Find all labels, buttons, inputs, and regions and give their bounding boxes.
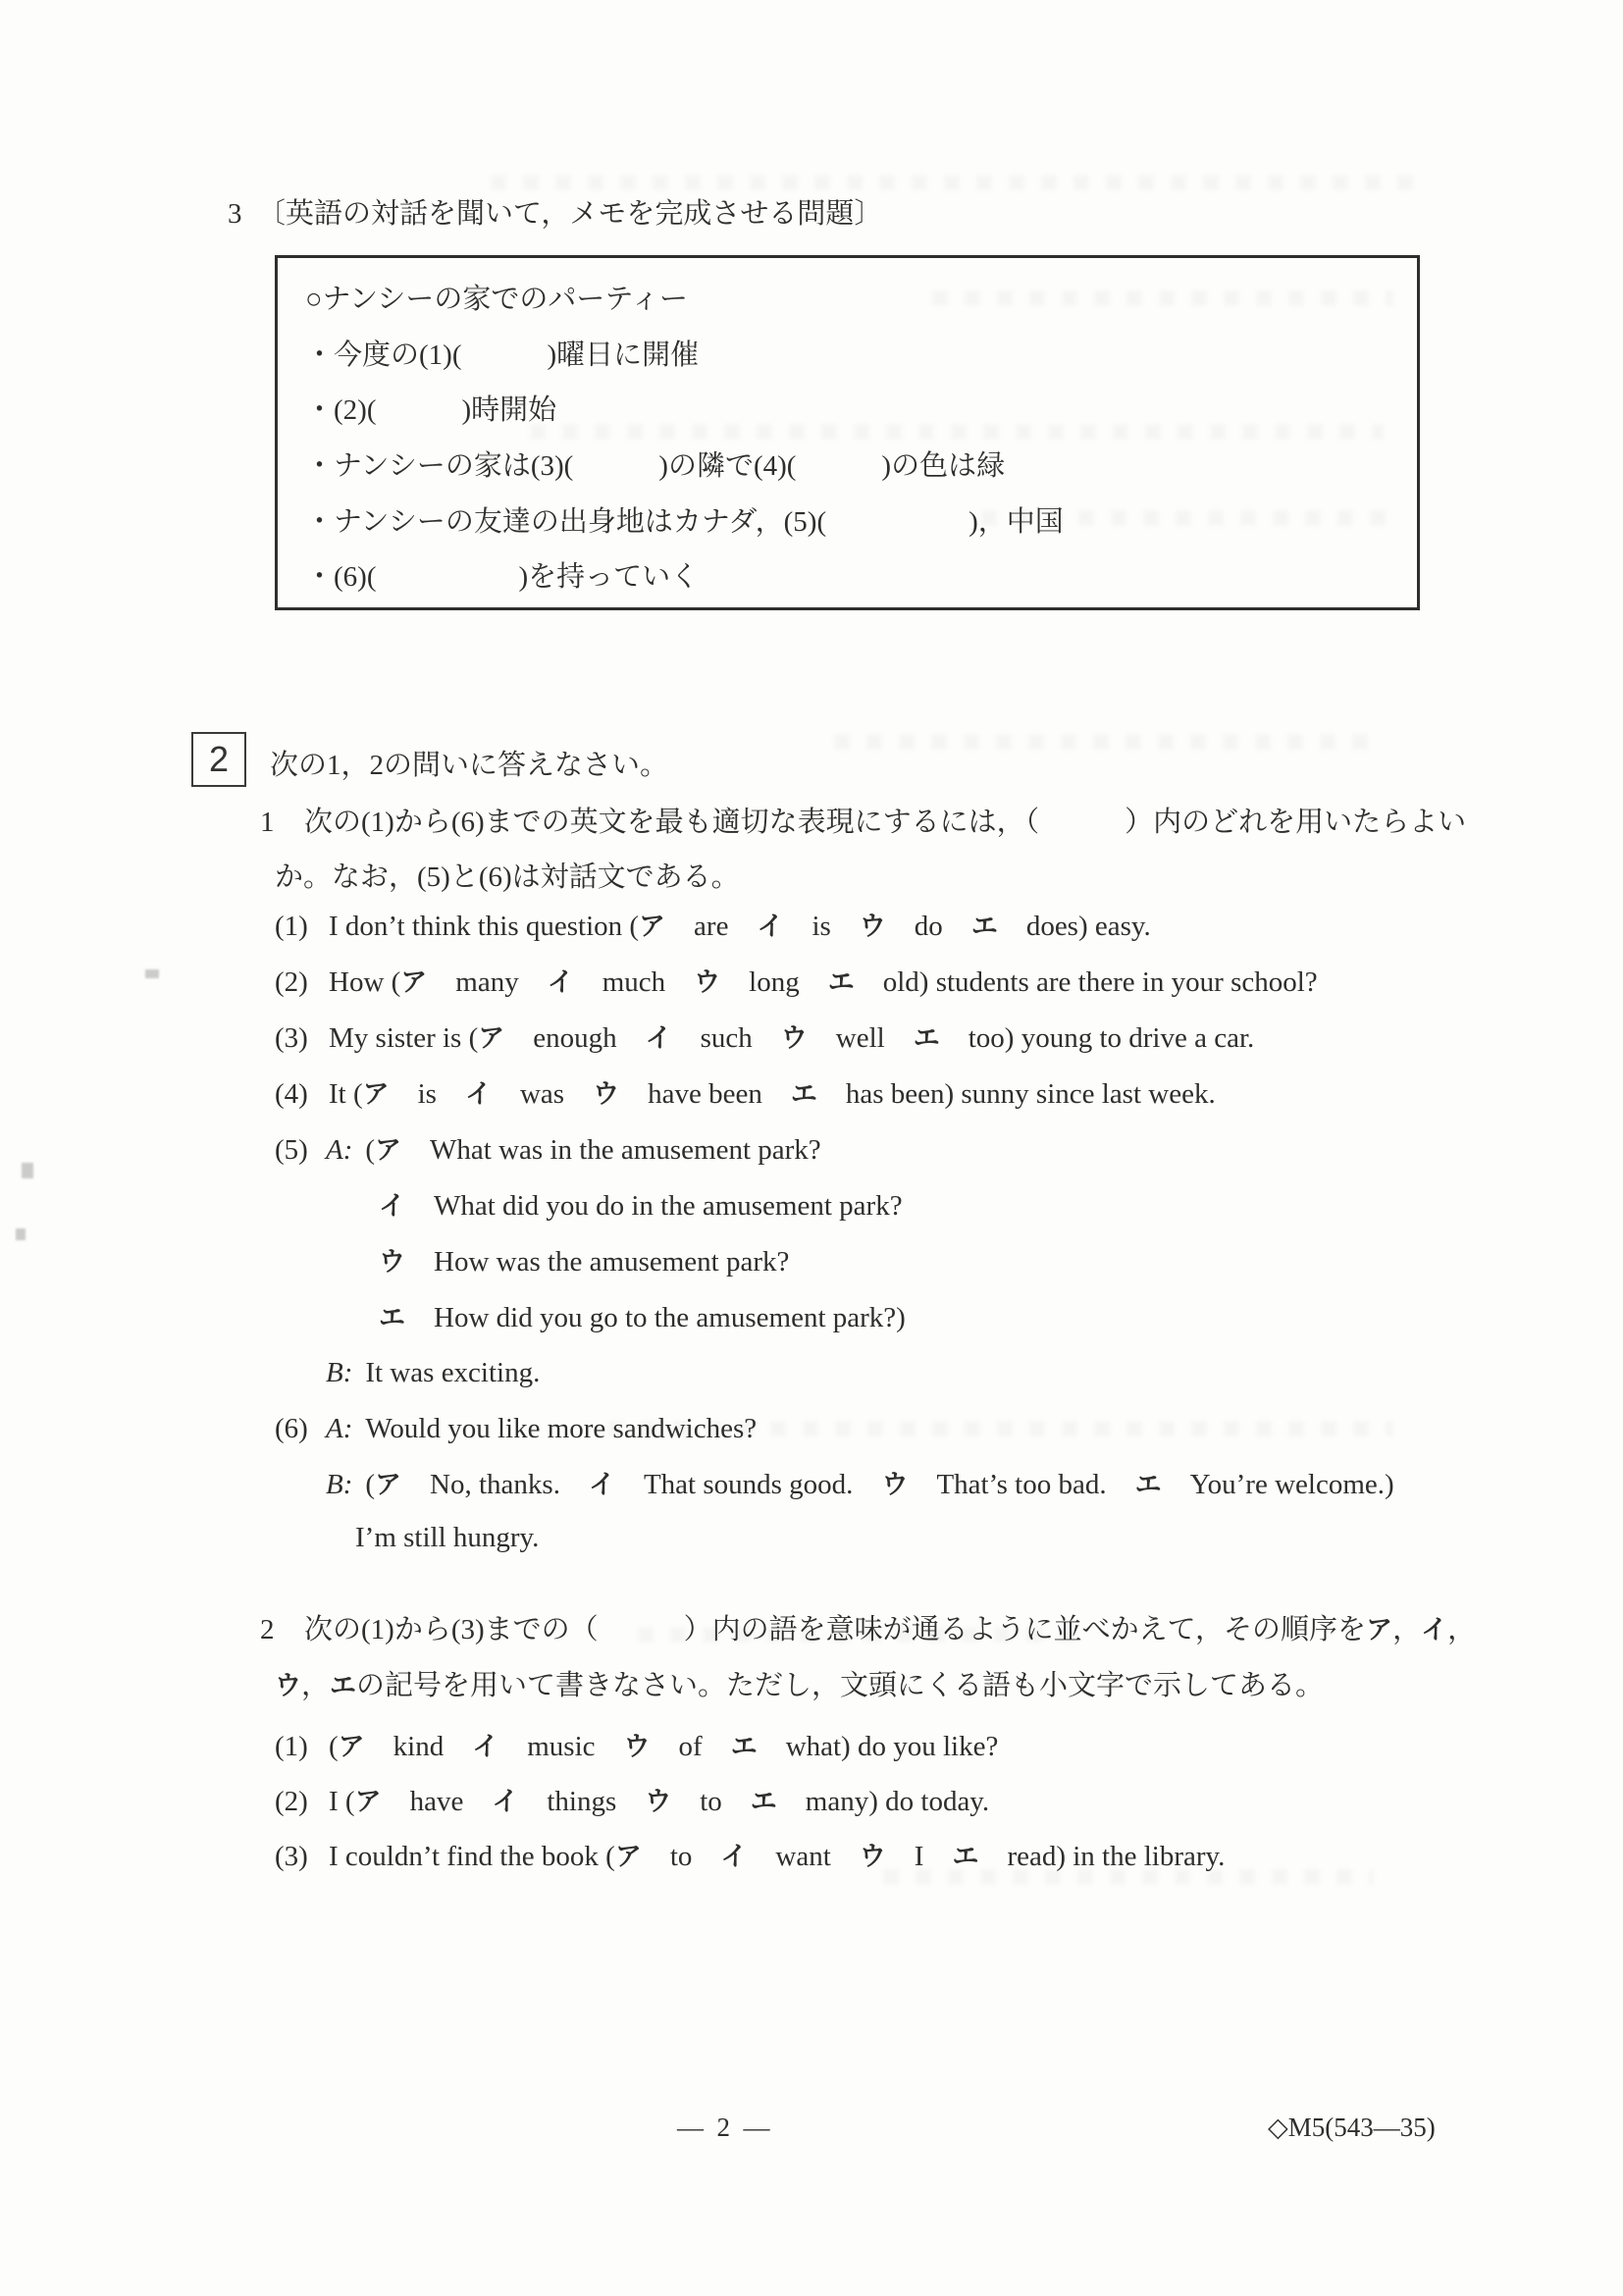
question-text: I couldn’t find the book (ア to イ want ウ … [329, 1839, 1225, 1874]
memo-heading: ○ナンシーの家でのパーティー [305, 282, 688, 317]
listening-section-number: 3 [228, 196, 257, 232]
question-text: It (ア is イ was ウ have been エ has been) s… [329, 1076, 1216, 1112]
section2-number-box: 2 [191, 732, 246, 787]
part2-instruction-line1: 2 次の(1)から(3)までの（ ）内の語を意味が通るように並べかえて，その順序… [260, 1612, 1476, 1647]
part1-number: 1 [260, 805, 304, 840]
bleed-through-artifact [491, 175, 1423, 190]
speaker-b-label: B: [326, 1467, 352, 1502]
bleed-through-artifact [834, 734, 1384, 750]
memo-line: ・(6)( )を持っていく [305, 559, 699, 595]
question-text: (ア kind イ music ウ of エ what) do you like… [329, 1729, 998, 1764]
exam-page: 3 〔英語の対話を聞いて，メモを完成させる問題〕 ○ナンシーの家でのパーティー … [0, 0, 1623, 2296]
memo-line: ・ナンシーの友達の出身地はカナダ，(5)( )，中国 [305, 504, 1064, 540]
doc-code: ◇M5(543—35) [1268, 2110, 1436, 2145]
page-number: — 2 — [677, 2110, 770, 2145]
speaker-a-text: Would you like more sandwiches? [365, 1411, 757, 1446]
listening-section-heading: 3 〔英語の対話を聞いて，メモを完成させる問題〕 [228, 196, 882, 232]
speaker-b-label: B: [326, 1355, 352, 1390]
speaker-a-label: A: [326, 1411, 352, 1446]
part1-question-3: (3) My sister is (ア enough イ such ウ well… [275, 1020, 1254, 1056]
question-number: (2) [275, 1784, 329, 1819]
part1-instruction-text: 次の(1)から(6)までの英文を最も適切な表現にするには，（ ）内のどれを用いた… [304, 805, 1466, 840]
part2-question-3: (3) I couldn’t find the book (ア to イ wan… [275, 1839, 1225, 1874]
part1-question-5-answer: B: It was exciting. [326, 1355, 540, 1390]
memo-line: ・(2)( )時開始 [305, 392, 556, 428]
question-number: (2) [275, 965, 329, 1000]
question-text: I (ア have イ things ウ to エ many) do today… [329, 1784, 989, 1819]
part1-question-5: (5) A: (ア What was in the amusement park… [275, 1132, 821, 1168]
speaker-a-label: A: [326, 1132, 352, 1168]
section2-number: 2 [209, 739, 229, 780]
question-number: (3) [275, 1020, 329, 1056]
part2-question-1: (1) (ア kind イ music ウ of エ what) do you … [275, 1729, 998, 1764]
question-number: (5) [275, 1132, 326, 1168]
part1-question-1: (1) I don’t think this question (ア are イ… [275, 909, 1151, 944]
part2-instruction-text: 次の(1)から(3)までの（ ）内の語を意味が通るように並べかえて，その順序をア… [304, 1612, 1476, 1647]
part1-question-2: (2) How (ア many イ much ウ long エ old) stu… [275, 965, 1318, 1000]
question-text: My sister is (ア enough イ such ウ well エ t… [329, 1020, 1254, 1056]
listening-section-title: 〔英語の対話を聞いて，メモを完成させる問題〕 [257, 196, 882, 232]
speaker-b-continuation: I’m still hungry. [355, 1520, 539, 1555]
question-text: I don’t think this question (ア are イ is … [329, 909, 1151, 944]
part2-instruction-line2: ウ，エの記号を用いて書きなさい。ただし，文頭にくる語も小文字で示してある。 [275, 1668, 1324, 1703]
part1-instruction-line1: 1 次の(1)から(6)までの英文を最も適切な表現にするには，（ ）内のどれを用… [260, 805, 1466, 840]
scan-speck [22, 1163, 33, 1178]
scan-speck [145, 969, 159, 978]
question-text: How (ア many イ much ウ long エ old) student… [329, 965, 1318, 1000]
part1-instruction-line2: か。なお，(5)と(6)は対話文である。 [275, 860, 740, 895]
section2-lead: 次の1，2の問いに答えなさい。 [270, 748, 668, 783]
scan-speck [16, 1228, 26, 1240]
part1-question-6: (6) A: Would you like more sandwiches? [275, 1411, 757, 1446]
memo-line: ・ナンシーの家は(3)( )の隣で(4)( )の色は緑 [305, 448, 1005, 484]
speaker-b-text: It was exciting. [365, 1355, 540, 1390]
choice-e-text: エ How did you go to the amusement park?) [379, 1300, 906, 1335]
choice-u-text: ウ How was the amusement park? [379, 1244, 789, 1279]
part1-question-4: (4) It (ア is イ was ウ have been エ has bee… [275, 1076, 1216, 1112]
question-number: (6) [275, 1411, 326, 1446]
question-number: (3) [275, 1839, 329, 1874]
speaker-b-choices: (ア No, thanks. イ That sounds good. ウ Tha… [365, 1467, 1393, 1502]
question-number: (4) [275, 1076, 329, 1112]
memo-line: ・今度の(1)( )曜日に開催 [305, 338, 699, 373]
choice-a-text: (ア What was in the amusement park? [365, 1132, 820, 1168]
part1-question-6-choices: B: (ア No, thanks. イ That sounds good. ウ … [326, 1467, 1394, 1502]
question-number: (1) [275, 1729, 329, 1764]
question-number: (1) [275, 909, 329, 944]
choice-i-text: イ What did you do in the amusement park? [379, 1188, 903, 1224]
listening-memo-box: ○ナンシーの家でのパーティー ・今度の(1)( )曜日に開催 ・(2)( )時開… [275, 255, 1420, 610]
part2-number: 2 [260, 1612, 304, 1647]
part2-question-2: (2) I (ア have イ things ウ to エ many) do t… [275, 1784, 989, 1819]
